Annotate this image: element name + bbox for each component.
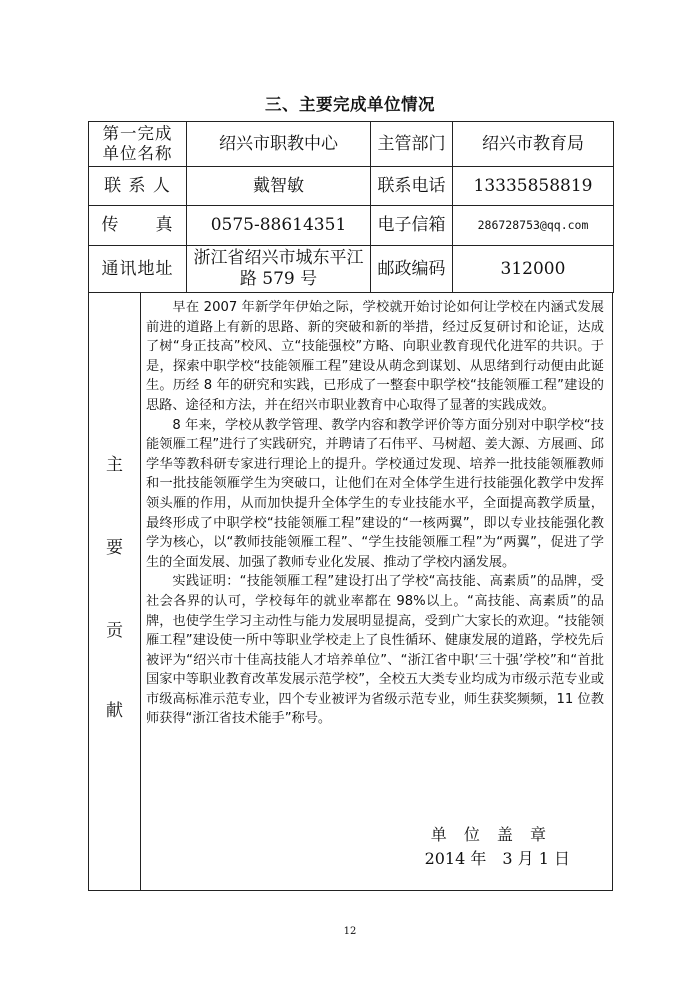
email-label: 电子信箱: [371, 206, 453, 246]
phone-label: 联系电话: [371, 167, 453, 206]
main-contribution-section: 主 要 贡 献 早在 2007 年新学年伊始之际，学校就开始讨论如何让学校在内涵…: [88, 292, 613, 891]
label-char: 献: [89, 696, 140, 721]
contribution-label-column: 主 要 贡 献: [89, 292, 141, 890]
postcode-label: 邮政编码: [371, 246, 453, 293]
table-row: 通讯地址 浙江省绍兴市城东平江 路 579 号 邮政编码 312000: [89, 246, 614, 293]
contribution-paragraph: 早在 2007 年新学年伊始之际，学校就开始讨论如何让学校在内涵式发展前进的道路…: [146, 298, 604, 416]
contribution-paragraph: 8 年来，学校从教学管理、教学内容和教学评价等方面分别对中职学校“技能领雁工程”…: [146, 416, 604, 573]
department-value: 绍兴市教育局: [453, 122, 614, 167]
label-char: 要: [89, 533, 140, 558]
section-title: 三、主要完成单位情况: [0, 91, 700, 115]
unit-name-value: 绍兴市职教中心: [187, 122, 371, 167]
contact-label: 联 系 人: [89, 167, 187, 206]
table-row: 联 系 人 戴智敏 联系电话 13335858819: [89, 167, 614, 206]
address-label: 通讯地址: [89, 246, 187, 293]
fax-label: 传 真: [89, 206, 187, 246]
unit-name-label: 第一完成 单位名称: [89, 122, 187, 167]
phone-value: 13335858819: [453, 167, 614, 206]
fax-value: 0575-88614351: [187, 206, 371, 246]
unit-seal-label: 单 位 盖 章: [431, 822, 552, 845]
signature-date: 2014 年 3 月 1 日: [425, 846, 570, 869]
contact-value: 戴智敏: [187, 167, 371, 206]
table-row: 传 真 0575-88614351 电子信箱 286728753@qq.com: [89, 206, 614, 246]
table-row: 第一完成 单位名称 绍兴市职教中心 主管部门 绍兴市教育局: [89, 122, 614, 167]
label-char: 贡: [89, 616, 140, 641]
unit-info-table: 第一完成 单位名称 绍兴市职教中心 主管部门 绍兴市教育局 联 系 人 戴智敏 …: [88, 121, 614, 293]
address-value: 浙江省绍兴市城东平江 路 579 号: [187, 246, 371, 293]
postcode-value: 312000: [453, 246, 614, 293]
contribution-paragraph: 实践证明：“技能领雁工程”建设打出了学校“高技能、高素质”的品牌，受社会各界的认…: [146, 572, 604, 729]
label-char: 主: [89, 450, 140, 475]
department-label: 主管部门: [371, 122, 453, 167]
contribution-text: 早在 2007 年新学年伊始之际，学校就开始讨论如何让学校在内涵式发展前进的道路…: [146, 298, 604, 729]
email-value: 286728753@qq.com: [453, 206, 614, 246]
page-number: 12: [0, 926, 700, 937]
